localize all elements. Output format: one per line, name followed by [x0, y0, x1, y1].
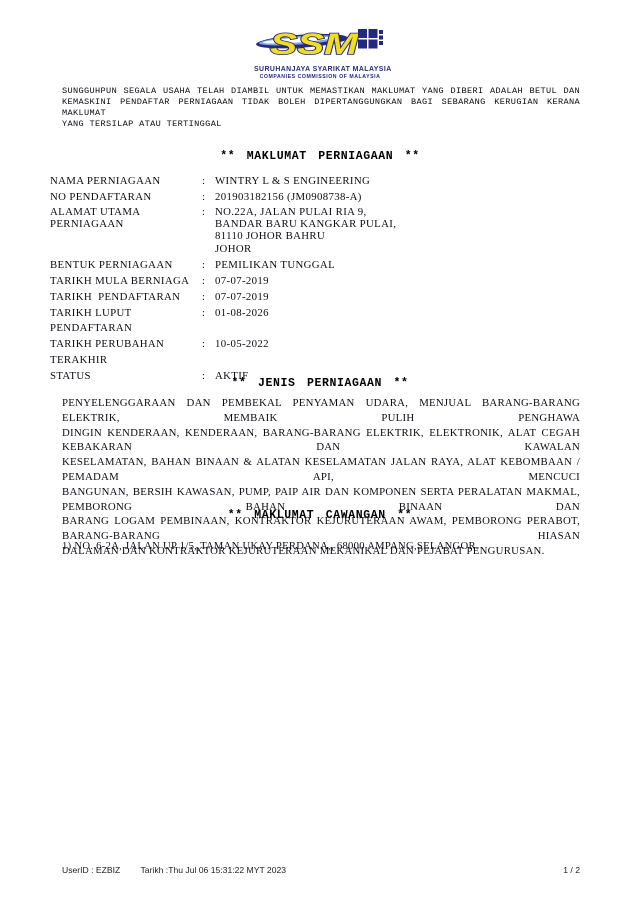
field-label: NAMA PERNIAGAAN	[50, 174, 202, 190]
field-value: 10-05-2022	[215, 337, 582, 353]
field-row-tarikh-luput: TARIKH LUPUT PENDAFTARAN : 01-08-2026	[50, 306, 582, 338]
address-line: NO.22A, JALAN PULAI RIA 9,	[215, 206, 582, 218]
field-row-alamat-utama: ALAMAT UTAMA PERNIAGAAN : NO.22A, JALAN …	[50, 206, 582, 259]
disclaimer-line: YANG TERSILAP ATAU TERTINGGAL	[62, 119, 580, 130]
business-type-paragraph: PENYELENGGARAAN DAN PEMBEKAL PENYAMAN UD…	[62, 396, 580, 559]
field-value: 07-07-2019	[215, 274, 582, 290]
business-info-heading: ** MAKLUMAT PERNIAGAAN **	[0, 150, 640, 163]
field-label: TARIKH LUPUT PENDAFTARAN	[50, 306, 202, 338]
disclaimer-paragraph: SUNGGUHPUN SEGALA USAHA TELAH DIAMBIL UN…	[62, 86, 580, 130]
footer-left: UserID : EZBIZ Tarikh :Thu Jul 06 15:31:…	[62, 865, 304, 875]
field-row-tarikh-pendaftaran: TARIKH PENDAFTARAN : 07-07-2019	[50, 290, 582, 306]
address-line: BANDAR BARU KANGKAR PULAI,	[215, 218, 582, 230]
footer-page-number: 1 / 2	[563, 865, 580, 875]
disclaimer-line: KEMASKINI PENDAFTAR PERNIAGAAN TIDAK BOL…	[62, 97, 580, 119]
business-type-line: PENYELENGGARAAN DAN PEMBEKAL PENYAMAN UD…	[62, 396, 580, 426]
logo-ssm-text: SSM	[270, 28, 359, 60]
field-row-nama-perniagaan: NAMA PERNIAGAAN : WINTRY L & S ENGINEERI…	[50, 174, 582, 190]
field-colon: :	[202, 206, 215, 218]
document-page: SSM SURUHANJAYA SYARIKAT MALAYSIA COMPAN…	[0, 0, 640, 912]
footer-date: Tarikh :Thu Jul 06 15:31:22 MYT 2023	[141, 865, 287, 875]
field-colon: :	[202, 290, 215, 306]
address-line: JOHOR	[215, 243, 582, 255]
field-value: 01-08-2026	[215, 306, 582, 322]
branch-item: 1) NO. 6-2A, JALAN UP 1/5,,TAMAN UKAY PE…	[62, 541, 580, 552]
field-row-bentuk-perniagaan: BENTUK PERNIAGAAN : PEMILIKAN TUNGGAL	[50, 258, 582, 274]
page-footer: UserID : EZBIZ Tarikh :Thu Jul 06 15:31:…	[62, 865, 580, 875]
business-info-fields: NAMA PERNIAGAAN : WINTRY L & S ENGINEERI…	[50, 174, 582, 385]
field-colon: :	[202, 190, 215, 206]
logo-squares-icon	[358, 29, 383, 49]
disclaimer-line: SUNGGUHPUN SEGALA USAHA TELAH DIAMBIL UN…	[62, 86, 580, 97]
business-type-heading: ** JENIS PERNIAGAAN **	[0, 377, 640, 390]
field-colon: :	[202, 274, 215, 290]
field-row-no-pendaftaran: NO PENDAFTARAN : 201903182156 (JM0908738…	[50, 190, 582, 206]
ssm-logo: SSM SURUHANJAYA SYARIKAT MALAYSIA COMPAN…	[254, 26, 386, 80]
logo-name-malay: SURUHANJAYA SYARIKAT MALAYSIA	[254, 66, 386, 73]
field-colon: :	[202, 337, 215, 353]
business-type-line: DINGIN KENDERAAN, KENDERAAN, BARANG-BARA…	[62, 426, 580, 456]
field-value: 201903182156 (JM0908738-A)	[215, 190, 582, 206]
field-label: NO PENDAFTARAN	[50, 190, 202, 206]
field-value-address: NO.22A, JALAN PULAI RIA 9, BANDAR BARU K…	[215, 206, 582, 259]
logo-name-english: COMPANIES COMMISSION OF MALAYSIA	[254, 74, 386, 80]
field-value: WINTRY L & S ENGINEERING	[215, 174, 582, 190]
field-row-tarikh-perubahan: TARIKH PERUBAHAN TERAKHIR : 10-05-2022	[50, 337, 582, 369]
field-value: PEMILIKAN TUNGGAL	[215, 258, 582, 274]
address-line: 81110 JOHOR BAHRU	[215, 230, 582, 242]
field-row-tarikh-mula: TARIKH MULA BERNIAGA : 07-07-2019	[50, 274, 582, 290]
footer-user-id: UserID : EZBIZ	[62, 865, 120, 875]
field-colon: :	[202, 258, 215, 274]
field-label: BENTUK PERNIAGAAN	[50, 258, 202, 274]
field-colon: :	[202, 306, 215, 322]
field-label: ALAMAT UTAMA PERNIAGAAN	[50, 206, 202, 231]
field-label: TARIKH PENDAFTARAN	[50, 290, 202, 306]
field-label: TARIKH MULA BERNIAGA	[50, 274, 202, 290]
field-value: 07-07-2019	[215, 290, 582, 306]
field-colon: :	[202, 174, 215, 190]
field-label: TARIKH PERUBAHAN TERAKHIR	[50, 337, 202, 369]
ssm-logo-icon: SSM	[256, 26, 384, 60]
branch-info-heading: ** MAKLUMAT CAWANGAN **	[0, 509, 640, 522]
business-type-line: KESELAMATAN, BAHAN BINAAN & ALATAN KESEL…	[62, 455, 580, 485]
